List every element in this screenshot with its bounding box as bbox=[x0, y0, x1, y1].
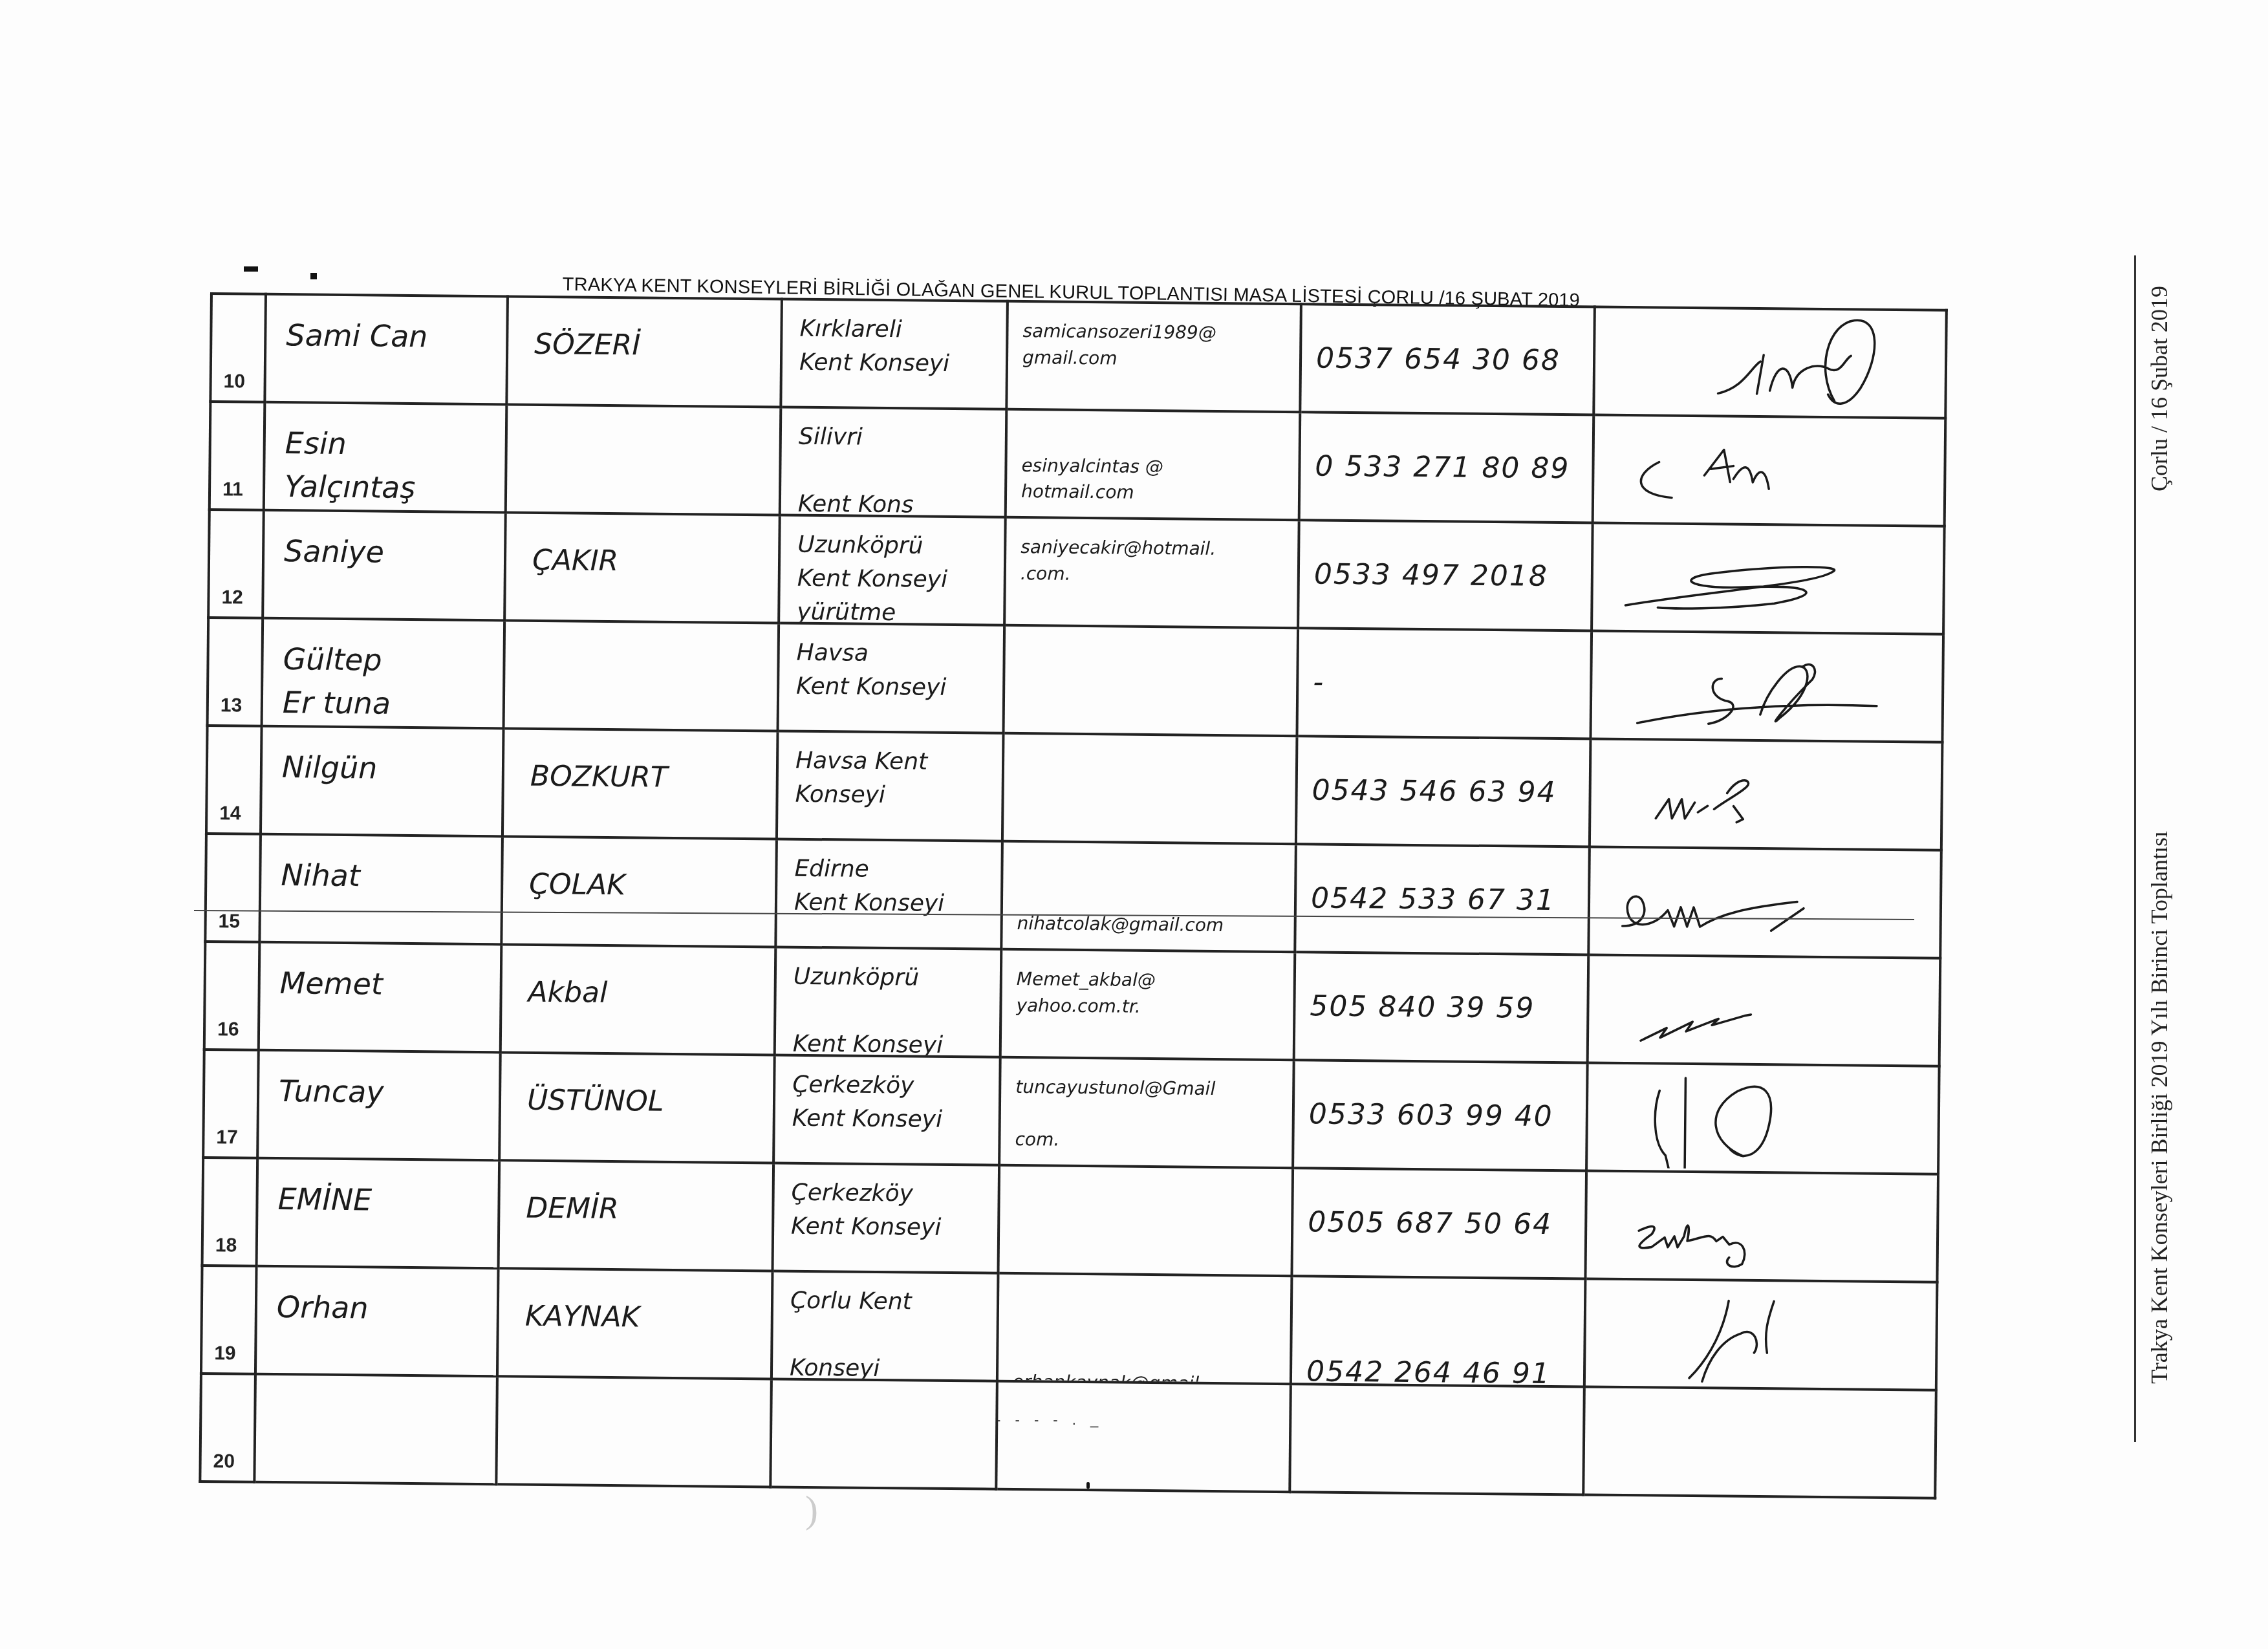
side-date-label: Çorlu / 16 Şubat 2019 bbox=[2146, 286, 2173, 491]
first-name-cell: Saniye bbox=[263, 510, 506, 621]
council-text: Çerkezköy Kent Konseyi bbox=[791, 1176, 942, 1245]
email-text: nihatcolak@gmail.com bbox=[1017, 858, 1224, 939]
phone-text: - bbox=[1313, 662, 1325, 703]
council-text: Uzunköprü Kent Konseyi bbox=[793, 960, 944, 1057]
row-number-text: 19 bbox=[214, 1342, 236, 1364]
email-cell: samicansozeri1989@ gmail.com bbox=[1006, 301, 1301, 412]
scan-speck bbox=[1086, 1482, 1090, 1489]
first-name-text: Esin Yalçıntaş bbox=[285, 422, 416, 509]
phone-text: 0 533 271 80 89 bbox=[1315, 446, 1570, 490]
signature-cell bbox=[1593, 307, 1947, 418]
email-text: tuncayustunol@Gmail com. bbox=[1015, 1074, 1215, 1155]
row-number: 16 bbox=[204, 942, 260, 1050]
row-number-text: 12 bbox=[221, 587, 243, 609]
table-row: 14NilgünBOZKURTHavsa Kent Konseyi0543 54… bbox=[206, 726, 1942, 850]
council-text: Uzunköprü Kent Konseyi yürütme bbox=[797, 528, 948, 625]
signature-cell bbox=[1588, 847, 1941, 958]
phone-cell: 0537 654 30 68 bbox=[1300, 304, 1595, 415]
row-number: 19 bbox=[201, 1266, 257, 1374]
first-name-text: Orhan bbox=[277, 1286, 369, 1330]
first-name-text: Memet bbox=[279, 962, 383, 1006]
first-name-cell: EMİNE bbox=[257, 1158, 500, 1269]
first-name-text: Saniye bbox=[284, 530, 384, 574]
council-cell: Kırklareli Kent Konseyi bbox=[781, 299, 1008, 409]
row-number: 10 bbox=[210, 294, 266, 402]
side-meeting-label: Trakya Kent Konseyleri Birliği 2019 Yılı… bbox=[2146, 831, 2173, 1384]
email-text: Memet_akbal@ yahoo.com.tr. bbox=[1016, 966, 1156, 1020]
row-number: 13 bbox=[208, 618, 263, 726]
row-number-text: 17 bbox=[216, 1126, 238, 1148]
council-text: Havsa Kent Konseyi bbox=[796, 636, 947, 706]
first-name-text: EMİNE bbox=[277, 1178, 372, 1222]
email-text: samicansozeri1989@ gmail.com bbox=[1022, 318, 1216, 372]
phone-cell: 0 533 271 80 89 bbox=[1299, 412, 1594, 523]
phone-text: 0533 603 99 40 bbox=[1309, 1094, 1554, 1137]
surname-text: ÇOLAK bbox=[529, 864, 625, 906]
signature-cell bbox=[1592, 523, 1945, 634]
first-name-cell: Tuncay bbox=[257, 1050, 501, 1161]
first-name-cell bbox=[254, 1374, 497, 1485]
table-row: 15NihatÇOLAKEdirne Kent Konseyi nihatcol… bbox=[205, 834, 1941, 958]
email-cell: saniyecakir@hotmail. .com. bbox=[1004, 517, 1299, 628]
row-number-text: 11 bbox=[222, 479, 243, 501]
first-name-cell: Memet bbox=[259, 942, 502, 1053]
first-name-cell: Orhan bbox=[255, 1266, 499, 1377]
council-text: Çerkezköy Kent Konseyi bbox=[792, 1068, 943, 1137]
phone-text: 0537 654 30 68 bbox=[1316, 338, 1561, 381]
handwritten-signature bbox=[1615, 963, 1913, 1062]
handwritten-signature bbox=[1612, 1287, 1910, 1386]
council-text: Edirne Kent Konseyi bbox=[794, 852, 945, 921]
handwritten-signature bbox=[1614, 1071, 1912, 1170]
table-row: 13Gültep Er tunaHavsa Kent Konseyi- bbox=[208, 618, 1943, 742]
row-number-text: 10 bbox=[224, 371, 246, 393]
email-cell: tuncayustunol@Gmail com. bbox=[999, 1057, 1294, 1168]
row-number-text: 14 bbox=[219, 803, 241, 824]
handwritten-signature bbox=[1619, 531, 1917, 630]
council-cell: Çorlu Kent Konseyi bbox=[772, 1271, 999, 1381]
signature-cell bbox=[1590, 739, 1943, 850]
first-name-text: Sami Can bbox=[286, 314, 428, 358]
surname-text: Akbal bbox=[528, 972, 607, 1014]
table-row: 17TuncayÜSTÜNOLÇerkezköy Kent Konseyitun… bbox=[203, 1050, 1939, 1174]
table-row: 11Esin YalçıntaşSilivri Kent Kons esinya… bbox=[210, 402, 1945, 526]
email-text: esinyalcintas @ hotmail.com bbox=[1021, 426, 1164, 506]
table-row: 10Sami CanSÖZERİKırklareli Kent Konseyis… bbox=[210, 294, 1946, 418]
signature-cell bbox=[1585, 1170, 1938, 1282]
first-name-text: Tuncay bbox=[279, 1070, 384, 1114]
surname-cell: ÇOLAK bbox=[501, 836, 777, 947]
phone-cell: 0505 687 50 64 bbox=[1291, 1168, 1586, 1278]
signature-cell bbox=[1584, 1278, 1938, 1390]
handwritten-signature bbox=[1615, 855, 1914, 954]
attendance-table: 10Sami CanSÖZERİKırklareli Kent Konseyis… bbox=[199, 292, 1948, 1500]
first-name-cell: Sami Can bbox=[265, 294, 508, 405]
first-name-text: Nihat bbox=[281, 854, 360, 898]
row-number: 15 bbox=[205, 834, 261, 942]
email-cell bbox=[1004, 625, 1299, 736]
council-cell: Havsa Kent Konseyi bbox=[777, 731, 1004, 841]
surname-cell bbox=[506, 404, 781, 515]
side-rule bbox=[2134, 255, 2136, 1442]
email-cell: Memet_akbal@ yahoo.com.tr. bbox=[1000, 949, 1295, 1060]
phone-text: 0505 687 50 64 bbox=[1308, 1202, 1553, 1245]
surname-cell: SÖZERİ bbox=[506, 296, 782, 407]
row-number: 12 bbox=[208, 510, 264, 618]
council-text: Çorlu Kent Konseyi bbox=[790, 1284, 912, 1381]
email-cell: esinyalcintas @ hotmail.com bbox=[1006, 409, 1301, 520]
council-text: Havsa Kent Konseyi bbox=[795, 744, 927, 813]
surname-cell: KAYNAK bbox=[497, 1268, 773, 1379]
row-number: 17 bbox=[203, 1050, 259, 1158]
handwritten-signature bbox=[1621, 315, 1919, 415]
phone-text: 0542 264 46 91 bbox=[1306, 1309, 1551, 1386]
phone-text: 0543 546 63 94 bbox=[1312, 770, 1557, 813]
email-cell: orhankaynak@gmail bbox=[997, 1273, 1292, 1384]
signature-cell bbox=[1590, 631, 1943, 742]
surname-cell: ÜSTÜNOL bbox=[499, 1052, 775, 1163]
row-number-text: 13 bbox=[221, 695, 243, 717]
table-row: 16MemetAkbalUzunköprü Kent KonseyiMemet_… bbox=[204, 942, 1940, 1066]
first-name-cell: Gültep Er tuna bbox=[262, 618, 505, 729]
handwritten-signature bbox=[1617, 747, 1915, 846]
surname-text: BOZKURT bbox=[530, 756, 668, 799]
signature-cell bbox=[1583, 1386, 1936, 1498]
surname-cell bbox=[504, 620, 779, 731]
surname-text: KAYNAK bbox=[525, 1296, 640, 1338]
surname-text: DEMİR bbox=[526, 1188, 619, 1230]
surname-text: ÇAKIR bbox=[532, 540, 619, 582]
council-cell bbox=[770, 1379, 997, 1489]
footer-marks: - - - - . _ bbox=[996, 1412, 1103, 1428]
row-number: 14 bbox=[206, 726, 262, 834]
surname-cell bbox=[496, 1376, 772, 1487]
scan-speck bbox=[310, 273, 317, 279]
row-number-text: 18 bbox=[215, 1234, 237, 1256]
handwritten-signature bbox=[1620, 423, 1918, 523]
council-cell: Silivri Kent Kons bbox=[780, 407, 1007, 517]
phone-text: 505 840 39 59 bbox=[1310, 986, 1535, 1029]
phone-cell: 0543 546 63 94 bbox=[1296, 736, 1591, 846]
surname-cell: DEMİR bbox=[499, 1160, 774, 1271]
surname-cell: ÇAKIR bbox=[504, 512, 780, 623]
council-cell: Çerkezköy Kent Konseyi bbox=[773, 1055, 1000, 1165]
phone-cell: 505 840 39 59 bbox=[1294, 952, 1589, 1062]
phone-cell: 0533 497 2018 bbox=[1298, 520, 1593, 630]
signature-cell bbox=[1586, 1062, 1939, 1174]
row-number: 11 bbox=[210, 402, 265, 510]
handwritten-signature bbox=[1613, 1179, 1911, 1278]
email-cell: nihatcolak@gmail.com bbox=[1001, 841, 1296, 952]
phone-cell: - bbox=[1297, 628, 1592, 738]
table-row: 20 bbox=[200, 1374, 1936, 1498]
surname-text: ÜSTÜNOL bbox=[527, 1080, 664, 1123]
table-row: 18EMİNEDEMİRÇerkezköy Kent Konseyi0505 6… bbox=[202, 1158, 1938, 1282]
signature-cell bbox=[1593, 415, 1946, 526]
row-number-text: 16 bbox=[217, 1018, 239, 1040]
first-name-text: Gültep Er tuna bbox=[283, 638, 391, 725]
phone-text: 0533 497 2018 bbox=[1314, 554, 1549, 597]
phone-text: 0542 533 67 31 bbox=[1311, 878, 1556, 921]
surname-text: SÖZERİ bbox=[534, 324, 641, 366]
scan-artifact: ) bbox=[805, 1487, 818, 1532]
council-cell: Havsa Kent Konseyi bbox=[778, 623, 1005, 733]
email-cell bbox=[998, 1165, 1293, 1276]
first-name-text: Nilgün bbox=[282, 746, 378, 790]
row-number: 18 bbox=[202, 1158, 258, 1266]
council-text: Kırklareli Kent Konseyi bbox=[799, 312, 950, 382]
row-number: 20 bbox=[200, 1374, 255, 1482]
row-number-text: 15 bbox=[218, 911, 240, 932]
council-cell: Edirne Kent Konseyi bbox=[775, 839, 1002, 949]
phone-cell: 0542 264 46 91 bbox=[1291, 1276, 1586, 1386]
attendance-table-wrapper: 10Sami CanSÖZERİKırklareli Kent Konseyis… bbox=[199, 292, 1948, 1500]
phone-cell: 0533 603 99 40 bbox=[1293, 1060, 1588, 1170]
email-text: saniyecakir@hotmail. .com. bbox=[1021, 534, 1216, 588]
scan-speck bbox=[244, 266, 258, 272]
signature-cell bbox=[1588, 955, 1941, 1066]
scanned-page: TRAKYA KENT KONSEYLERİ BİRLİĞİ OLAĞAN GE… bbox=[0, 0, 2268, 1649]
first-name-cell: Esin Yalçıntaş bbox=[264, 402, 507, 513]
first-name-cell: Nihat bbox=[259, 834, 502, 945]
council-cell: Uzunköprü Kent Konseyi yürütme bbox=[779, 515, 1006, 625]
phone-cell bbox=[1290, 1384, 1584, 1494]
surname-cell: Akbal bbox=[501, 944, 776, 1055]
council-cell: Çerkezköy Kent Konseyi bbox=[773, 1163, 1000, 1273]
email-cell bbox=[1002, 733, 1297, 844]
table-row: 19OrhanKAYNAKÇorlu Kent Konseyi orhankay… bbox=[201, 1266, 1937, 1390]
phone-cell: 0542 533 67 31 bbox=[1295, 844, 1590, 954]
handwritten-signature bbox=[1618, 639, 1916, 738]
surname-cell: BOZKURT bbox=[502, 728, 778, 839]
council-text: Silivri Kent Kons bbox=[798, 420, 914, 517]
email-text: orhankaynak@gmail bbox=[1013, 1290, 1200, 1384]
first-name-cell: Nilgün bbox=[261, 726, 504, 837]
row-number-text: 20 bbox=[213, 1450, 235, 1472]
table-row: 12 SaniyeÇAKIRUzunköprü Kent Konseyi yür… bbox=[208, 510, 1944, 634]
email-cell bbox=[996, 1381, 1291, 1492]
council-cell: Uzunköprü Kent Konseyi bbox=[775, 947, 1002, 1057]
